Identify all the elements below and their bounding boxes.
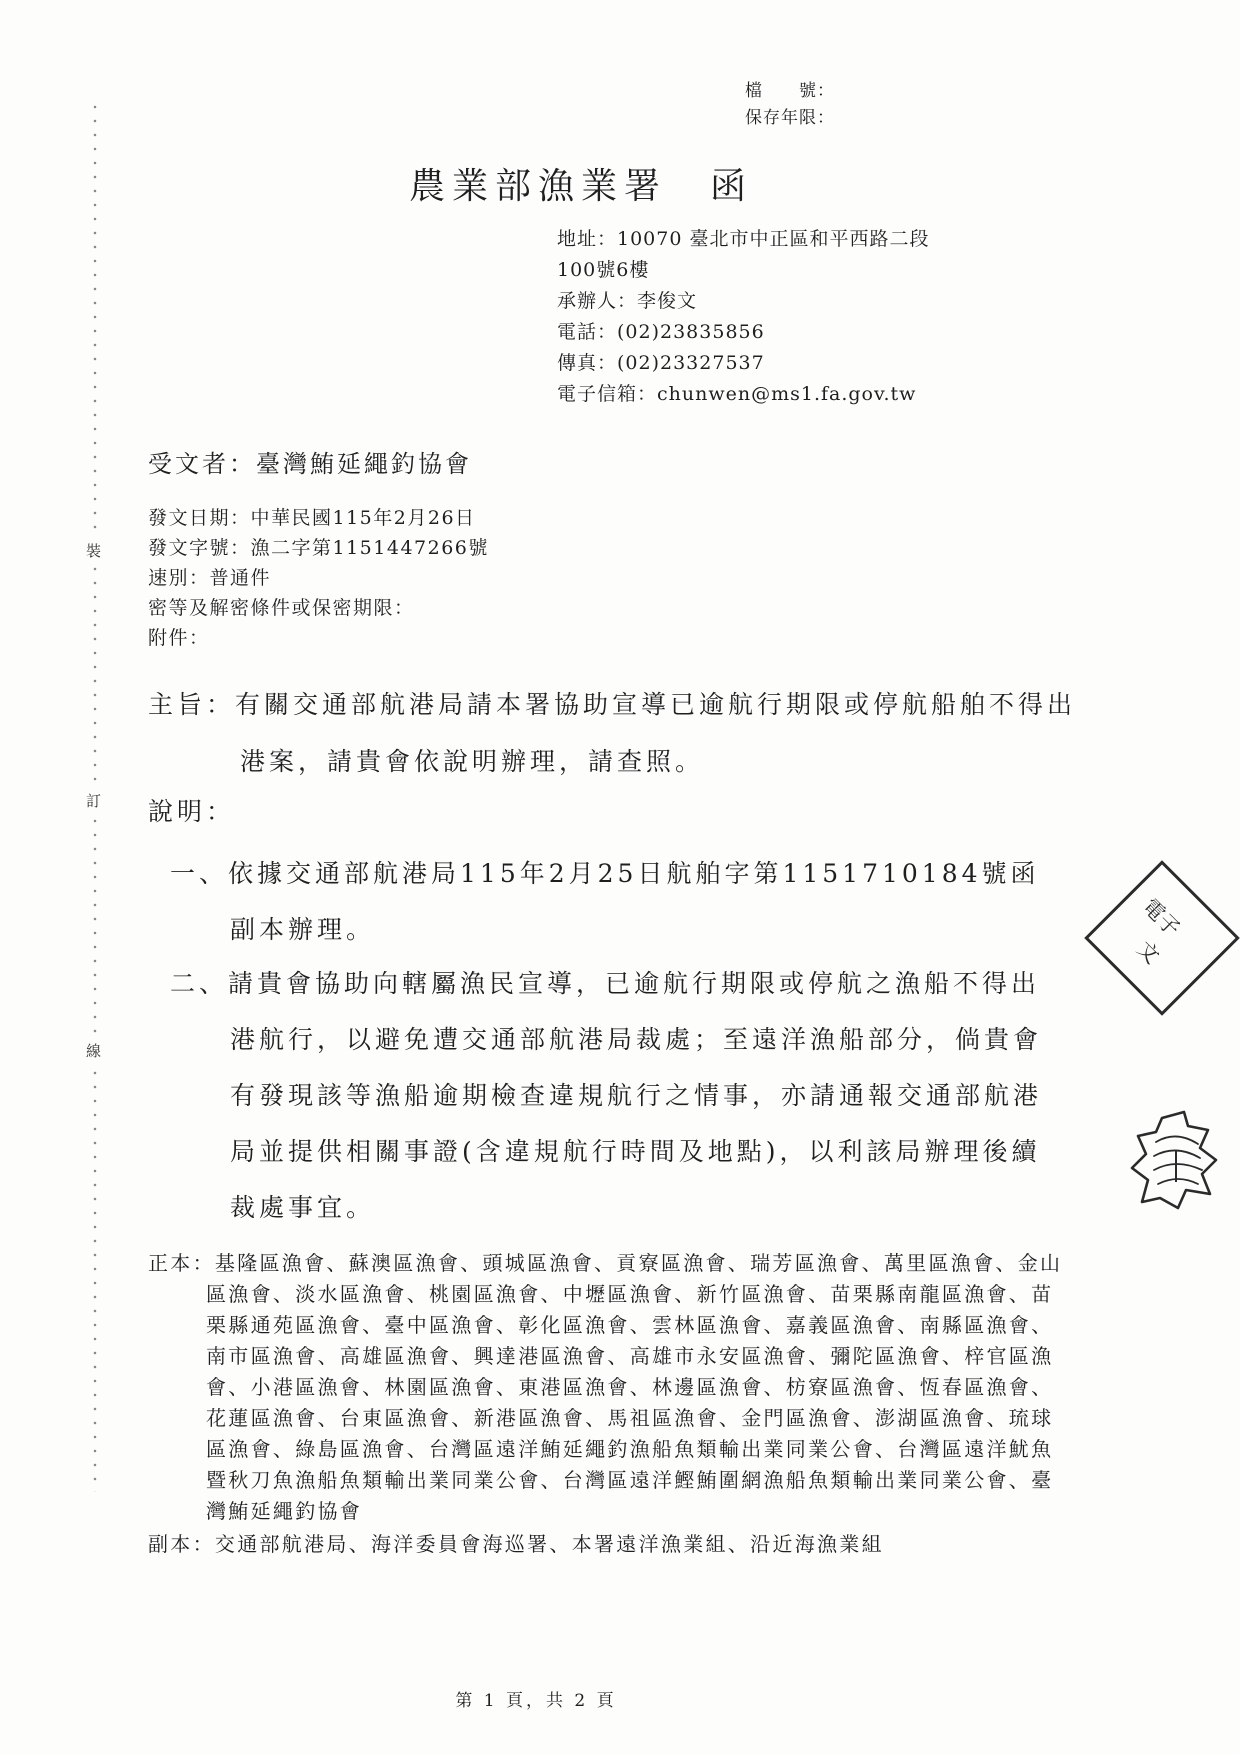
dispatch-number: 發文字號：漁二字第1151447266號 [148, 533, 489, 563]
attachment-label: 附件： [148, 623, 489, 653]
binding-mark-zhuang: 裝 [85, 536, 102, 565]
exchange-stamp-text: 電子 [1137, 891, 1188, 942]
item-1-text: 依據交通部航港局115年2月25日航舶字第1151710184號函副本辦理。 [228, 859, 1040, 944]
sender-contact-person: 承辦人：李俊文 [557, 286, 929, 317]
item-2-number: 二、 [170, 969, 228, 998]
dispatch-date: 發文日期：中華民國115年2月26日 [148, 503, 489, 533]
sender-email: 電子信箱：chunwen@ms1.fa.gov.tw [557, 379, 929, 410]
sender-address-line1: 地址：10070 臺北市中正區和平西路二段 [557, 224, 929, 255]
recipient-line: 受文者：臺灣鮪延繩釣協會 [148, 444, 472, 479]
carbon-copy-label: 副本： [148, 1532, 215, 1556]
subject-text: 有關交通部航港局請本署協助宣導已逾航行期限或停航船舶不得出港案，請貴會依說明辦理… [235, 690, 1076, 776]
file-number-label: 檔 號： [745, 78, 835, 105]
retention-period-label: 保存年限： [745, 105, 835, 132]
page-number: 第 1 頁，共 2 頁 [0, 1686, 1072, 1711]
subject-label: 主旨： [148, 690, 235, 719]
priority-level: 速別：普通件 [148, 563, 489, 593]
carbon-copy-list: 交通部航港局、海洋委員會海巡署、本署遠洋漁業組、沿近海漁業組 [215, 1532, 884, 1556]
description-item-1: 一、依據交通部航港局115年2月25日航舶字第1151710184號函副本辦理。 [170, 846, 1066, 958]
electronic-exchange-stamp: 電子 文 [1084, 860, 1240, 1016]
document-title: 農業部漁業署 函 [0, 158, 1240, 209]
description-item-2: 二、請貴會協助向轄屬漁民宣導，已逾航行期限或停航之漁船不得出港航行，以避免遭交通… [170, 956, 1066, 1236]
original-copy-recipients: 正本：基隆區漁會、蘇澳區漁會、頭城區漁會、貢寮區漁會、瑞芳區漁會、萬里區漁會、金… [148, 1248, 1068, 1527]
sender-address-line2: 100號6樓 [557, 255, 929, 286]
original-copy-list: 基隆區漁會、蘇澳區漁會、頭城區漁會、貢寮區漁會、瑞芳區漁會、萬里區漁會、金山區漁… [206, 1251, 1062, 1523]
item-2-text: 請貴會協助向轄屬漁民宣導，已逾航行期限或停航之漁船不得出港航行，以避免遭交通部航… [228, 969, 1042, 1222]
item-1-number: 一、 [170, 859, 228, 888]
binding-mark-xian: 線 [85, 1036, 102, 1065]
sender-phone: 電話：(02)23835856 [557, 317, 929, 348]
description-label: 說明： [148, 792, 235, 828]
seal-stamp-graphic [1128, 1110, 1220, 1210]
binding-mark-ding: 訂 [85, 786, 102, 815]
subject-paragraph: 主旨：有關交通部航港局請本署協助宣導已逾航行期限或停航船舶不得出港案，請貴會依說… [148, 676, 1092, 790]
document-meta-block: 發文日期：中華民國115年2月26日 發文字號：漁二字第1151447266號 … [148, 503, 489, 653]
sender-fax: 傳真：(02)23327537 [557, 348, 929, 379]
file-header-block: 檔 號： 保存年限： [745, 78, 835, 132]
security-classification: 密等及解密條件或保密期限： [148, 593, 489, 623]
carbon-copy-recipients: 副本：交通部航港局、海洋委員會海巡署、本署遠洋漁業組、沿近海漁業組 [148, 1528, 1048, 1557]
sender-info-block: 地址：10070 臺北市中正區和平西路二段 100號6樓 承辦人：李俊文 電話：… [557, 224, 929, 410]
original-copy-label: 正本： [148, 1251, 215, 1275]
exchange-stamp-text-2: 文 [1131, 934, 1167, 970]
document-page: 裝 訂 線 檔 號： 保存年限： 農業部漁業署 函 地址：10070 臺北市中正… [0, 0, 1240, 1755]
